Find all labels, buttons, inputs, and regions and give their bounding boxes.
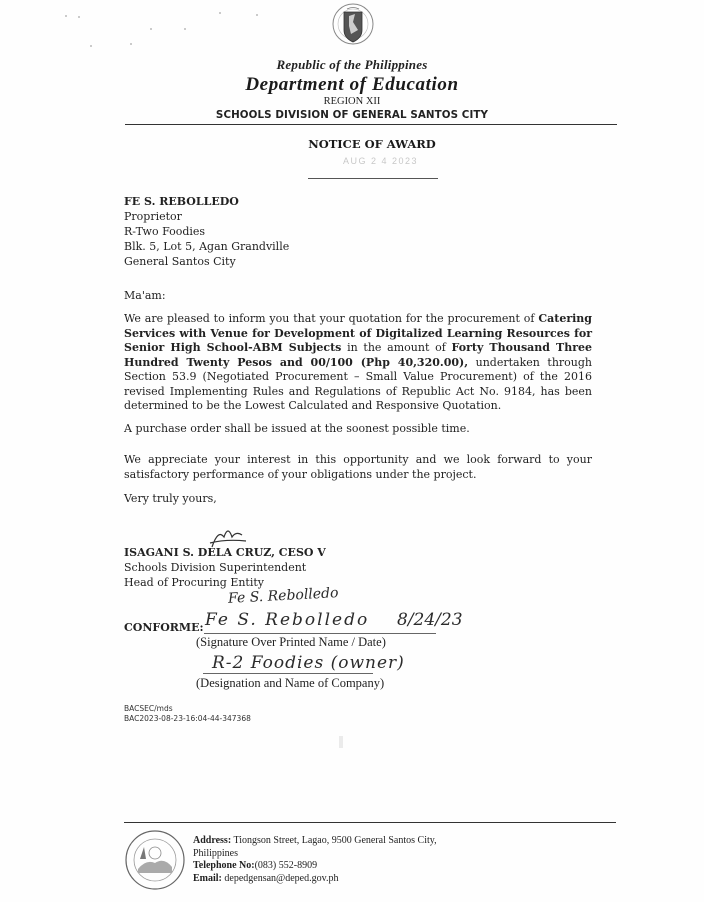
scan-artifact — [339, 736, 343, 748]
address-label: Address: — [193, 835, 231, 846]
signature-caption: (Signature Over Printed Name / Date) — [196, 635, 386, 650]
addressee-company: R-Two Foodies — [124, 224, 289, 239]
republic-heading: Republic of the Philippines — [0, 57, 704, 73]
email-label: Email: — [193, 873, 222, 884]
company-caption: (Designation and Name of Company) — [196, 676, 384, 691]
signatory-name: ISAGANI S. DELA CRUZ, CESO V — [124, 545, 326, 560]
footer-email: Email: depedgensan@deped.gov.ph — [193, 873, 473, 886]
signatory-block: ISAGANI S. DELA CRUZ, CESO V Schools Div… — [124, 545, 326, 590]
division-seal-icon — [124, 829, 186, 891]
phone-label: Telephone No: — [193, 860, 255, 871]
salutation: Ma'am: — [124, 289, 166, 302]
conforme-label: CONFORME: — [124, 621, 204, 634]
appreciation-paragraph: We appreciate your interest in this oppo… — [124, 453, 592, 482]
phone-value: (083) 552-8909 — [255, 860, 318, 871]
award-paragraph: We are pleased to inform you that your q… — [124, 312, 592, 414]
footer-contact: Address: Tiongson Street, Lagao, 9500 Ge… — [193, 835, 473, 885]
addressee-city: General Santos City — [124, 254, 289, 269]
notice-of-award-page: Republic of the Philippines Department o… — [0, 0, 704, 902]
region-heading: REGION XII — [0, 96, 704, 107]
received-stamp: AUG 2 4 2023 — [343, 156, 418, 166]
company-line — [203, 673, 373, 674]
handwritten-printed-name: Fe S. Rebolledo — [205, 610, 369, 630]
addressee-name: FE S. REBOLLEDO — [124, 194, 289, 209]
addressee-street: Blk. 5, Lot 5, Agan Grandville — [124, 239, 289, 254]
department-heading: Department of Education — [0, 74, 704, 96]
footer-divider — [124, 822, 616, 823]
footer-phone: Telephone No:(083) 552-8909 — [193, 860, 473, 873]
closing: Very truly yours, — [124, 492, 217, 505]
addressee-position: Proprietor — [124, 209, 289, 224]
p1-amount-intro: in the amount of — [341, 341, 451, 354]
division-heading: SCHOOLS DIVISION OF GENERAL SANTOS CITY — [0, 109, 704, 121]
signature-line — [204, 633, 436, 634]
signatory-title: Schools Division Superintendent — [124, 560, 326, 575]
addressee-block: FE S. REBOLLEDO Proprietor R-Two Foodies… — [124, 194, 289, 269]
deped-seal-icon — [331, 0, 375, 52]
handwritten-company: R-2 Foodies (owner) — [212, 653, 405, 673]
email-value[interactable]: depedgensan@deped.gov.ph — [224, 873, 338, 884]
purchase-order-paragraph: A purchase order shall be issued at the … — [124, 422, 592, 437]
reference-code: BAC2023-08-23-16:04-44-347368 — [124, 714, 251, 724]
document-title: NOTICE OF AWARD — [0, 137, 704, 151]
header-divider — [125, 124, 617, 125]
footer-address: Address: Tiongson Street, Lagao, 9500 Ge… — [193, 835, 473, 860]
reference-block: BACSEC/mds BAC2023-08-23-16:04-44-347368 — [124, 704, 251, 724]
handwritten-date: 8/24/23 — [397, 610, 463, 630]
title-divider — [308, 178, 438, 179]
p1-intro: We are pleased to inform you that your q… — [124, 312, 538, 325]
reference-initials: BACSEC/mds — [124, 704, 251, 714]
